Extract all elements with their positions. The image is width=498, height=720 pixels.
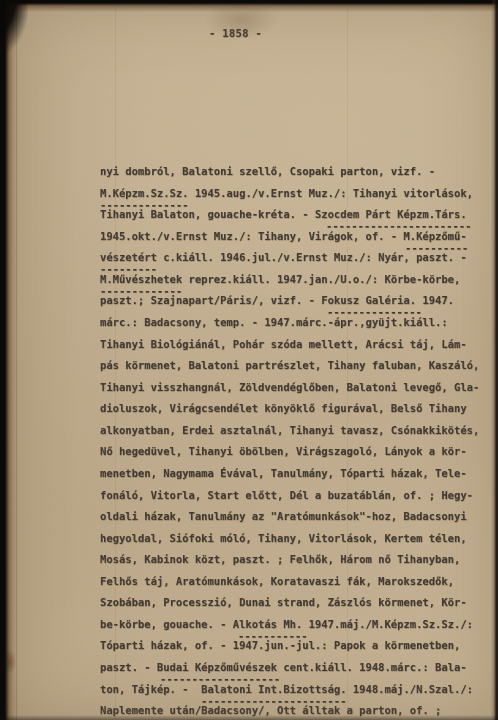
text-line: alkonyatban, Erdei asztalnál, Tihanyi ta… bbox=[100, 425, 479, 438]
scan-edge-right bbox=[491, 0, 498, 720]
scan-edge-top bbox=[0, 0, 498, 12]
scan-corner-shadow bbox=[0, 0, 28, 52]
text-line: fonáló, Vitorla, Start előtt, Dél a buza… bbox=[100, 490, 473, 503]
text-line: nyi dombról, Balatoni szellő, Csopaki pa… bbox=[100, 166, 435, 179]
text-line: oldali házak, Tanulmány az "Aratómunkáso… bbox=[100, 511, 467, 524]
text-line: hegyoldal, Siófoki móló, Tihany, Vitorlá… bbox=[100, 533, 467, 546]
scan-edge-left bbox=[0, 0, 18, 720]
typed-underline: --------- bbox=[100, 264, 157, 277]
typed-underline: ----------------------- bbox=[201, 696, 346, 709]
typed-underline: ------------- bbox=[100, 286, 182, 299]
text-line: paszt. - Budai Képzőművészek cent.kiáll.… bbox=[100, 662, 467, 675]
text-line: dioluszok, Virágcsendélet könyöklő figur… bbox=[100, 403, 467, 416]
typed-underline: ---------- bbox=[405, 243, 468, 256]
text-line: Szobában, Processzió, Dunai strand, Zász… bbox=[100, 597, 467, 610]
typed-underline: --------------- bbox=[327, 307, 422, 320]
typed-underline: -------------- bbox=[100, 200, 189, 213]
scan-edge-bottom bbox=[0, 715, 498, 720]
typed-underline: ------------------- bbox=[160, 674, 280, 687]
scanned-page: - 1858 - nyi dombról, Balatoni szellő, C… bbox=[0, 0, 498, 720]
text-line: Mosás, Kabinok közt, paszt. ; Felhők, Há… bbox=[100, 554, 460, 567]
text-line: menetben, Nagymama Évával, Tanulmány, Tó… bbox=[100, 468, 467, 481]
text-line: Nő hegedüvel, Tihanyi öbölben, Virágszag… bbox=[100, 446, 467, 459]
text-line: Tihanyi visszhangnál, Zöldvendéglőben, B… bbox=[100, 382, 479, 395]
paper-crease-faint bbox=[347, 0, 348, 720]
text-line: pás körmenet, Balatoni partrészlet, Tiha… bbox=[100, 360, 479, 373]
typed-underline: ----------- bbox=[238, 631, 308, 644]
text-line: Tihanyi Biológiánál, Pohár szóda mellett… bbox=[100, 339, 467, 352]
paper-crease-faint bbox=[115, 0, 116, 720]
text-line: Felhős táj, Aratómunkások, Koratavaszi f… bbox=[100, 576, 454, 589]
